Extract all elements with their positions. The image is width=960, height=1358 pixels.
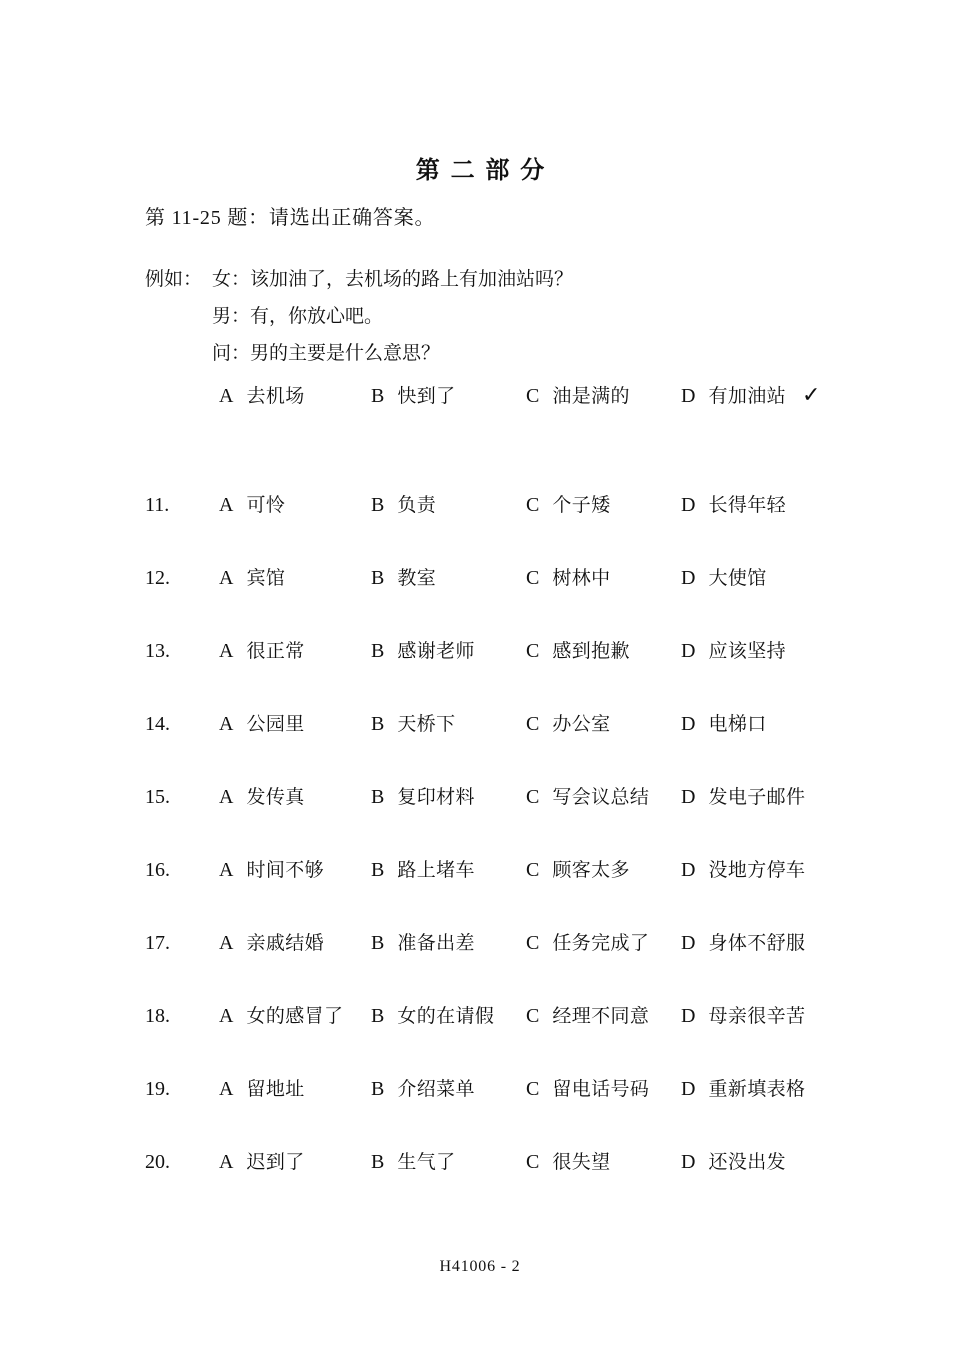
option-d: D没地方停车: [681, 857, 845, 885]
question-number: 18.: [145, 1003, 219, 1029]
option-text: 亲戚结婚: [246, 933, 324, 954]
option-b: B介绍菜单: [371, 1076, 526, 1104]
option-letter: C: [526, 567, 539, 589]
option-text: 发传真: [246, 787, 304, 808]
example-speaker-1: 女：: [212, 267, 250, 293]
option-b: B天桥下: [371, 711, 526, 739]
questions-list: 11. A可怜 B负责 C个子矮 D长得年轻 12. A宾馆 B教室 C树林中 …: [145, 492, 845, 1222]
option-letter: C: [526, 713, 539, 735]
option-c: C任务完成了: [526, 930, 681, 958]
option-text: 留地址: [246, 1079, 304, 1100]
option-c: C写会议总结: [526, 784, 681, 812]
question-row-20: 20. A迟到了 B生气了 C很失望 D还没出发: [145, 1149, 845, 1177]
option-a: A很正常: [219, 638, 371, 666]
question-number: 11.: [145, 492, 219, 518]
question-row-17: 17. A亲戚结婚 B准备出差 C任务完成了 D身体不舒服: [145, 930, 845, 958]
option-text: 时间不够: [246, 860, 324, 881]
question-number: 13.: [145, 638, 219, 664]
example-line-2: 男： 有，你放心吧。: [145, 304, 825, 330]
option-text: 快到了: [397, 386, 455, 407]
question-number: 12.: [145, 565, 219, 591]
option-c: C感到抱歉: [526, 638, 681, 666]
option-b: B路上堵车: [371, 857, 526, 885]
question-row-12: 12. A宾馆 B教室 C树林中 D大使馆: [145, 565, 845, 593]
option-text: 写会议总结: [552, 787, 649, 808]
exam-page: 第二部分 第 11-25 题：请选出正确答案。 例如： 女： 该加油了，去机场的…: [0, 0, 960, 1358]
option-letter: B: [371, 1005, 384, 1027]
option-letter: C: [526, 1078, 539, 1100]
option-b: B感谢老师: [371, 638, 526, 666]
option-letter: D: [681, 713, 695, 735]
option-text: 身体不舒服: [708, 933, 805, 954]
option-d: D重新填表格: [681, 1076, 845, 1104]
option-text: 个子矮: [552, 495, 610, 516]
option-letter: A: [219, 859, 233, 881]
option-a: A发传真: [219, 784, 371, 812]
option-letter: B: [371, 1078, 384, 1100]
option-d: D发电子邮件: [681, 784, 845, 812]
option-text: 很失望: [552, 1152, 610, 1173]
option-d: D长得年轻: [681, 492, 845, 520]
option-b: B准备出差: [371, 930, 526, 958]
option-letter: D: [681, 1151, 695, 1173]
option-a: A时间不够: [219, 857, 371, 885]
option-text: 天桥下: [397, 714, 455, 735]
option-text: 树林中: [552, 568, 610, 589]
option-letter: D: [681, 1078, 695, 1100]
option-c: C顾客太多: [526, 857, 681, 885]
example-block: 例如： 女： 该加油了，去机场的路上有加油站吗？ 男： 有，你放心吧。 问： 男…: [145, 267, 825, 378]
option-letter: D: [681, 1005, 695, 1027]
option-letter: A: [219, 494, 233, 516]
option-letter: B: [371, 932, 384, 954]
option-letter: D: [681, 385, 695, 407]
example-speaker-2: 男：: [212, 304, 250, 330]
option-text: 油是满的: [552, 386, 630, 407]
question-number: 20.: [145, 1149, 219, 1175]
option-letter: C: [526, 1151, 539, 1173]
option-b: B生气了: [371, 1149, 526, 1177]
option-text: 准备出差: [397, 933, 475, 954]
example-text-1: 该加油了，去机场的路上有加油站吗？: [250, 267, 573, 293]
option-letter: D: [681, 859, 695, 881]
option-d: D还没出发: [681, 1149, 845, 1177]
option-c: C留电话号码: [526, 1076, 681, 1104]
option-c: C个子矮: [526, 492, 681, 520]
option-text: 介绍菜单: [397, 1079, 475, 1100]
option-letter: B: [371, 859, 384, 881]
option-text: 很正常: [246, 641, 304, 662]
option-letter: A: [219, 640, 233, 662]
question-row-19: 19. A留地址 B介绍菜单 C留电话号码 D重新填表格: [145, 1076, 845, 1104]
section-title: 第二部分: [0, 150, 960, 185]
option-a: A宾馆: [219, 565, 371, 593]
option-a: A留地址: [219, 1076, 371, 1104]
option-text: 感到抱歉: [552, 641, 630, 662]
option-text: 还没出发: [708, 1152, 786, 1173]
option-b: B教室: [371, 565, 526, 593]
option-text: 留电话号码: [552, 1079, 649, 1100]
option-a: A公园里: [219, 711, 371, 739]
option-text: 教室: [397, 568, 436, 589]
section-instruction: 第 11-25 题：请选出正确答案。: [145, 201, 435, 230]
option-letter: D: [681, 494, 695, 516]
option-letter: D: [681, 567, 695, 589]
option-letter: C: [526, 494, 539, 516]
option-d: D母亲很辛苦: [681, 1003, 845, 1031]
option-b: B女的在请假: [371, 1003, 526, 1031]
option-letter: B: [371, 494, 384, 516]
example-option-b: B快到了: [371, 383, 526, 411]
option-letter: C: [526, 640, 539, 662]
option-letter: C: [526, 786, 539, 808]
option-text: 宾馆: [246, 568, 285, 589]
question-row-15: 15. A发传真 B复印材料 C写会议总结 D发电子邮件: [145, 784, 845, 812]
option-text: 负责: [397, 495, 436, 516]
option-text: 没地方停车: [708, 860, 805, 881]
option-c: C很失望: [526, 1149, 681, 1177]
option-text: 电梯口: [708, 714, 766, 735]
option-letter: B: [371, 786, 384, 808]
option-text: 感谢老师: [397, 641, 475, 662]
question-row-18: 18. A女的感冒了 B女的在请假 C经理不同意 D母亲很辛苦: [145, 1003, 845, 1031]
option-letter: C: [526, 1005, 539, 1027]
example-option-c: C油是满的: [526, 383, 681, 411]
option-letter: C: [526, 932, 539, 954]
option-letter: B: [371, 1151, 384, 1173]
question-row-16: 16. A时间不够 B路上堵车 C顾客太多 D没地方停车: [145, 857, 845, 885]
option-letter: A: [219, 1078, 233, 1100]
option-letter: A: [219, 713, 233, 735]
option-a: A亲戚结婚: [219, 930, 371, 958]
example-text-3: 男的主要是什么意思？: [250, 341, 440, 367]
option-a: A迟到了: [219, 1149, 371, 1177]
option-text: 经理不同意: [552, 1006, 649, 1027]
example-option-a: A去机场: [219, 383, 371, 411]
option-text: 长得年轻: [708, 495, 786, 516]
example-speaker-3: 问：: [212, 341, 250, 367]
option-text: 办公室: [552, 714, 610, 735]
option-c: C经理不同意: [526, 1003, 681, 1031]
option-c: C办公室: [526, 711, 681, 739]
option-letter: C: [526, 385, 539, 407]
option-text: 有加油站: [708, 386, 786, 407]
option-letter: A: [219, 1151, 233, 1173]
question-number: 16.: [145, 857, 219, 883]
option-text: 任务完成了: [552, 933, 649, 954]
option-text: 路上堵车: [397, 860, 475, 881]
option-letter: B: [371, 385, 384, 407]
option-text: 顾客太多: [552, 860, 630, 881]
example-text-2: 有，你放心吧。: [250, 304, 383, 330]
option-letter: D: [681, 932, 695, 954]
option-text: 复印材料: [397, 787, 475, 808]
option-a: A可怜: [219, 492, 371, 520]
option-d: D身体不舒服: [681, 930, 845, 958]
option-text: 应该坚持: [708, 641, 786, 662]
option-letter: D: [681, 640, 695, 662]
option-letter: A: [219, 786, 233, 808]
option-text: 公园里: [246, 714, 304, 735]
example-line-3: 问： 男的主要是什么意思？: [145, 341, 825, 367]
question-number: 17.: [145, 930, 219, 956]
option-b: B负责: [371, 492, 526, 520]
option-text: 迟到了: [246, 1152, 304, 1173]
option-text: 女的在请假: [397, 1006, 494, 1027]
example-options-row: A去机场 B快到了 C油是满的 D有加油站✓: [145, 383, 845, 411]
question-row-13: 13. A很正常 B感谢老师 C感到抱歉 D应该坚持: [145, 638, 845, 666]
question-row-11: 11. A可怜 B负责 C个子矮 D长得年轻: [145, 492, 845, 520]
option-text: 母亲很辛苦: [708, 1006, 805, 1027]
option-text: 女的感冒了: [246, 1006, 343, 1027]
option-d: D电梯口: [681, 711, 845, 739]
question-number: 14.: [145, 711, 219, 737]
option-letter: C: [526, 859, 539, 881]
option-letter: B: [371, 640, 384, 662]
example-option-d: D有加油站✓: [681, 383, 845, 411]
option-letter: A: [219, 385, 233, 407]
option-letter: D: [681, 786, 695, 808]
option-text: 重新填表格: [708, 1079, 805, 1100]
checkmark-icon: ✓: [802, 383, 820, 408]
option-d: D应该坚持: [681, 638, 845, 666]
option-text: 可怜: [246, 495, 285, 516]
option-letter: B: [371, 713, 384, 735]
page-footer-code: H41006 - 2: [0, 1258, 960, 1276]
option-c: C树林中: [526, 565, 681, 593]
option-b: B复印材料: [371, 784, 526, 812]
option-text: 去机场: [246, 386, 304, 407]
option-d: D大使馆: [681, 565, 845, 593]
option-letter: A: [219, 1005, 233, 1027]
question-number: 15.: [145, 784, 219, 810]
example-line-1: 例如： 女： 该加油了，去机场的路上有加油站吗？: [145, 267, 825, 293]
option-text: 发电子邮件: [708, 787, 805, 808]
question-row-14: 14. A公园里 B天桥下 C办公室 D电梯口: [145, 711, 845, 739]
option-text: 生气了: [397, 1152, 455, 1173]
example-label: 例如：: [145, 267, 212, 293]
option-a: A女的感冒了: [219, 1003, 371, 1031]
option-text: 大使馆: [708, 568, 766, 589]
option-letter: A: [219, 567, 233, 589]
question-number: 19.: [145, 1076, 219, 1102]
option-letter: B: [371, 567, 384, 589]
option-letter: A: [219, 932, 233, 954]
